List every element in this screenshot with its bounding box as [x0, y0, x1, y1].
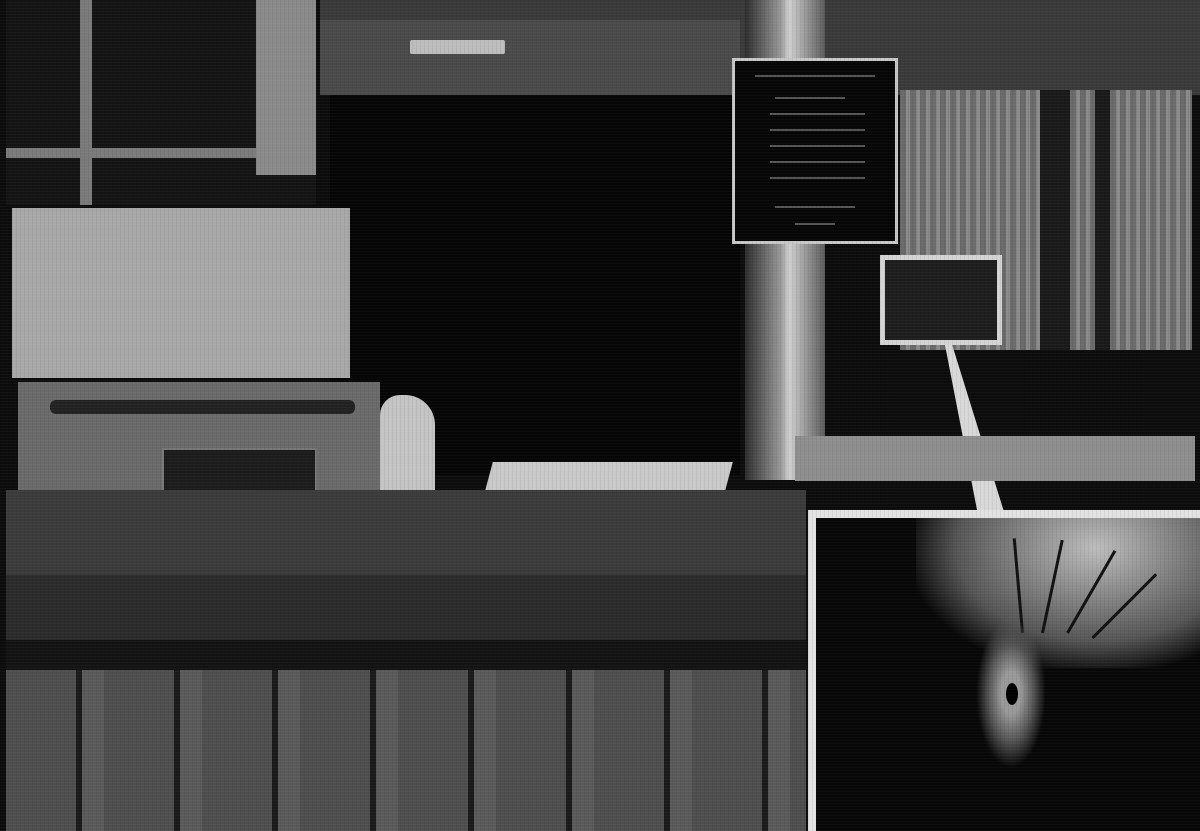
ceiling-light	[410, 40, 505, 54]
bullet-hole-core	[1006, 683, 1018, 705]
rear-ledge	[795, 436, 1195, 481]
window-mullion	[80, 0, 92, 205]
ceiling-soffit	[320, 20, 740, 95]
newspaper-photo	[0, 0, 1200, 831]
bullet-hole-inset	[808, 510, 1200, 831]
counter-front	[6, 575, 806, 645]
counter-panels	[6, 670, 806, 831]
inset-pointer	[945, 345, 1005, 515]
wall-panel	[256, 0, 316, 175]
machine-slot	[50, 400, 355, 414]
glass-highlight	[916, 518, 1200, 668]
window-transom	[6, 148, 266, 158]
blind-post	[1040, 90, 1070, 350]
interest-rate-sign	[732, 58, 898, 244]
teller-partition	[12, 208, 350, 378]
small-frame	[880, 255, 1002, 345]
window-frame	[6, 0, 316, 205]
blind-post	[1095, 90, 1110, 350]
